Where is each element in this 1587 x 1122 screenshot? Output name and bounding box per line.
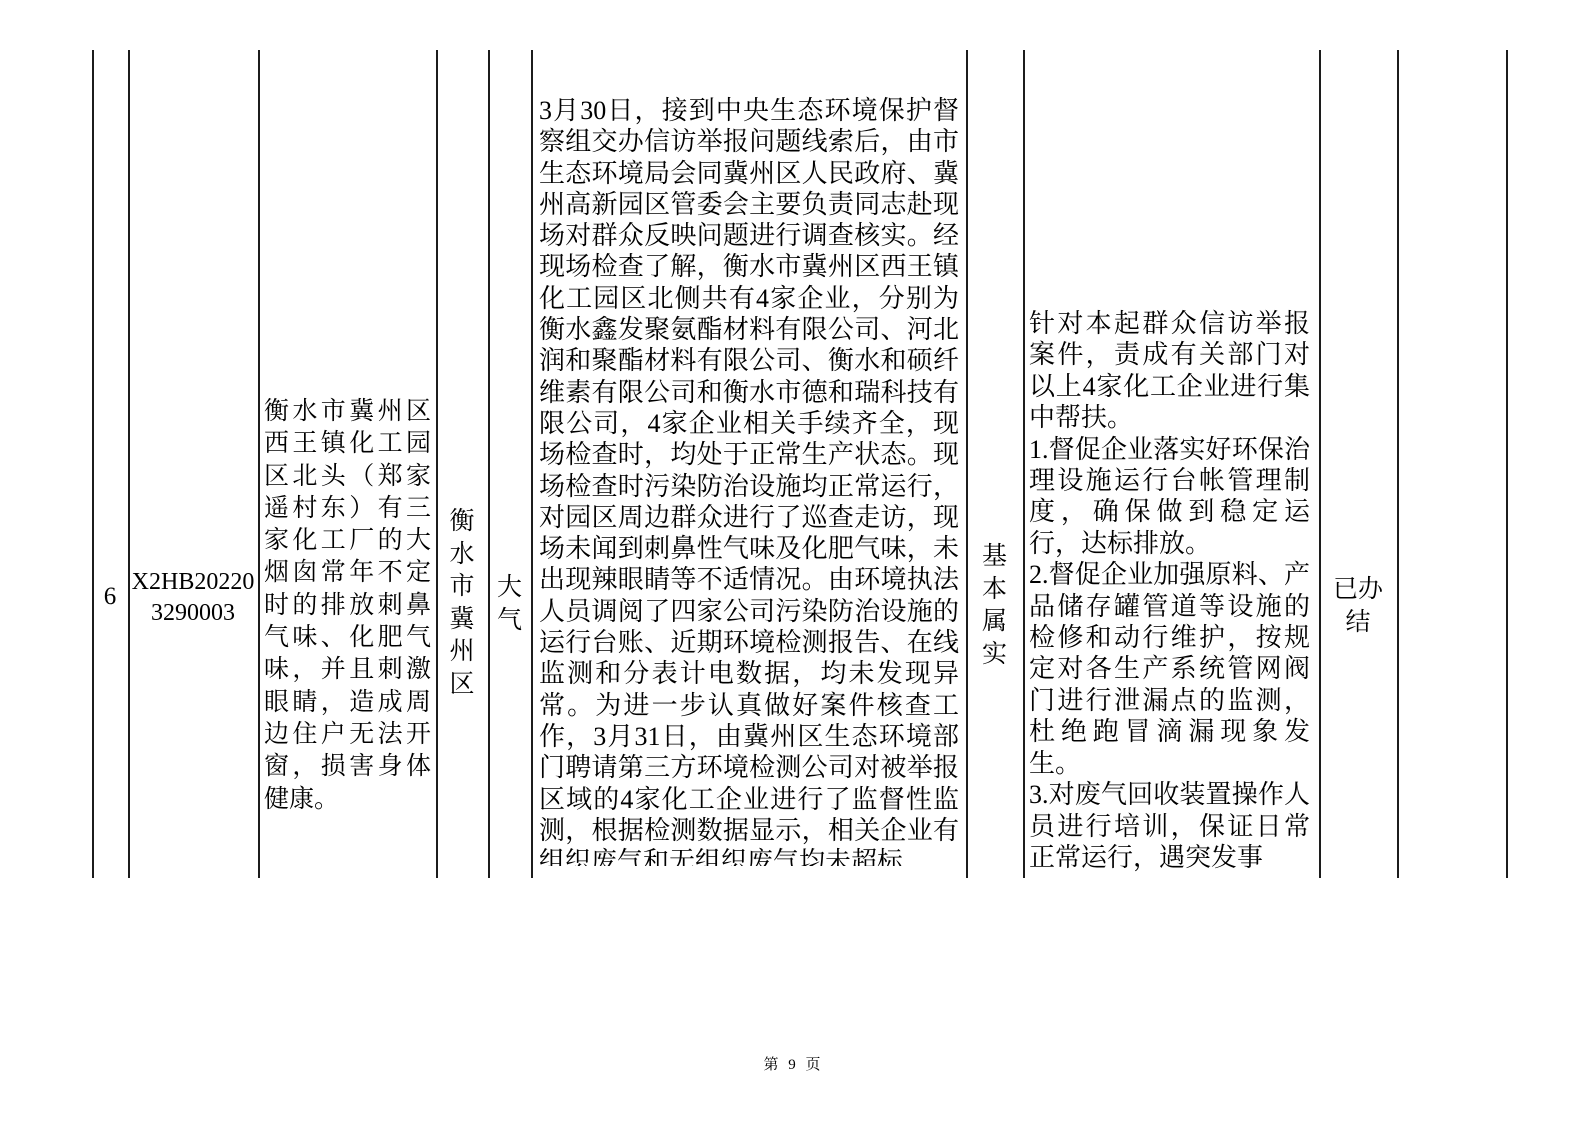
document-page: 6 X2HB202203290003 衡水市冀州区西王镇化工园区北头（郑家遥村东… (0, 0, 1587, 1122)
table-border-line (258, 50, 260, 878)
table-border-line (1023, 50, 1025, 878)
empty-cell-1 (1397, 50, 1506, 878)
table-border-line (1319, 50, 1321, 878)
page-footer: 第 9 页 (0, 1053, 1587, 1074)
table-border-line (531, 50, 533, 878)
row-index-cell: 6 (92, 583, 128, 611)
table-border-line (436, 50, 438, 878)
investigation-result-cell: 3月30日，接到中央生态环境保护督察组交办信访举报问题线索后，由市生态环境局会同… (539, 95, 959, 866)
city-district-text: 衡水市冀州区 (448, 506, 476, 701)
handling-measures-cell: 针对本起群众信访举报案件，责成有关部门对以上4家化工企业进行集中帮扶。 1.督促… (1029, 308, 1310, 877)
complaint-text-cell: 衡水市冀州区西王镇化工园区北头（郑家遥村东）有三家化工厂的大烟囱常年不定时的排放… (264, 396, 431, 816)
table-border-line (92, 50, 94, 878)
verification-status-cell: 基本属实 (966, 541, 1023, 671)
table-border-line (966, 50, 968, 878)
case-status-cell: 已办结 (1319, 574, 1397, 639)
case-status-text: 已办结 (1331, 574, 1385, 639)
pollution-category-cell: 大气 (488, 572, 531, 637)
city-district-cell: 衡水市冀州区 (436, 506, 488, 701)
table-border-line (488, 50, 490, 878)
verification-status-text: 基本属实 (981, 541, 1009, 671)
case-number-cell: X2HB202203290003 (130, 567, 256, 629)
empty-cell-2 (1506, 50, 1587, 878)
table-border-line (128, 50, 130, 878)
pollution-category-text: 大气 (496, 572, 524, 637)
